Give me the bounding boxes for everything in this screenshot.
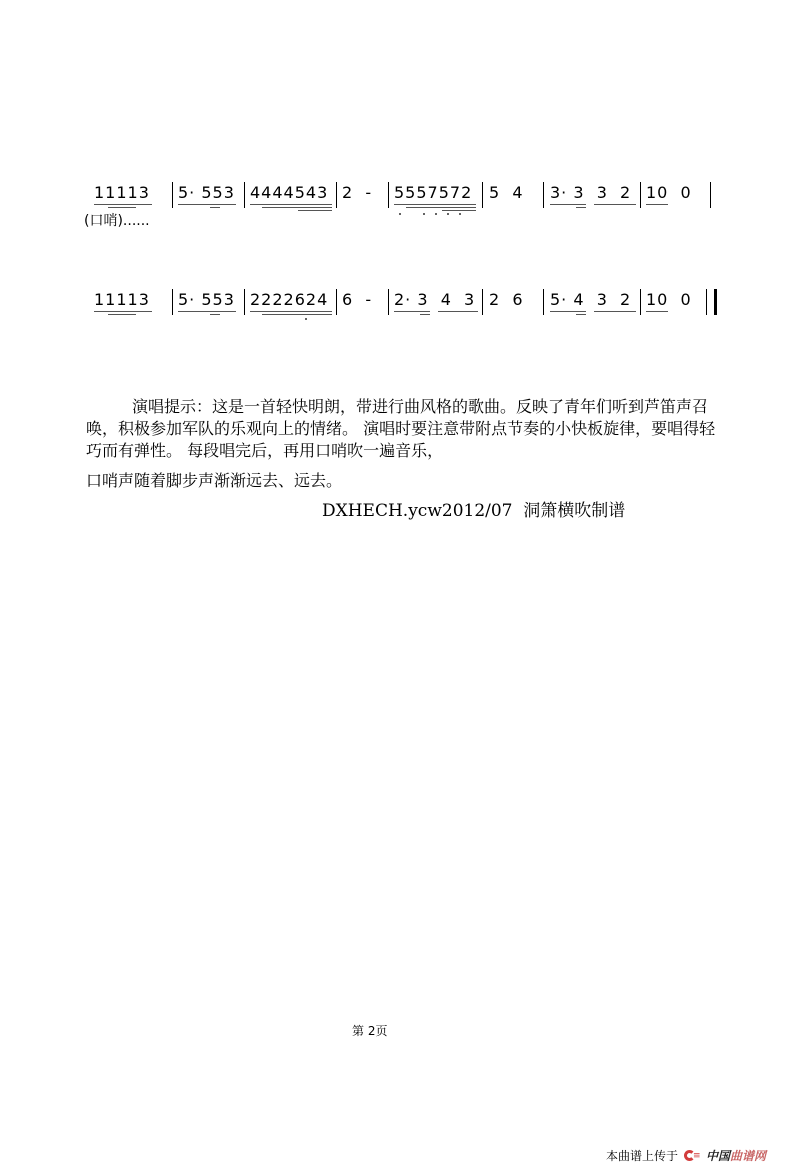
- score-credit: DXHECH.ycw2012/07 洞箫横吹制谱: [322, 496, 625, 521]
- tips-paragraph: 演唱提示：这是一首轻快明朗，带进行曲风格的歌曲。反映了青年们听到芦笛声召唤，积极…: [86, 396, 726, 462]
- measure-4: 6 -: [342, 291, 372, 309]
- whistle-annotation: (口哨)......: [84, 210, 150, 230]
- barline: [388, 182, 389, 208]
- barline: [172, 182, 173, 208]
- footer-watermark: 本曲谱上传于 ≡ 中国曲谱网: [606, 1147, 766, 1164]
- barline: [336, 289, 337, 315]
- measure-2: 5· 553: [178, 184, 235, 202]
- barline: [710, 182, 711, 208]
- measure-3: 2222624: [250, 291, 328, 309]
- measure-6: 5 4: [489, 184, 524, 202]
- barline: [482, 289, 483, 315]
- barline: [244, 182, 245, 208]
- barline: [482, 182, 483, 208]
- score-line-2: 11113 5· 553 2222624 6 - 2· 3 4 3 2 6 5·…: [86, 287, 726, 327]
- measure-3: 4444543: [250, 184, 328, 202]
- brand-name-part2: 曲谱网: [730, 1147, 766, 1164]
- measure-7: 3· 3 3 2: [550, 184, 631, 202]
- measure-2: 5· 553: [178, 291, 235, 309]
- measure-8: 10 0: [646, 291, 692, 309]
- barline: [336, 182, 337, 208]
- barline: [244, 289, 245, 315]
- barline: [543, 182, 544, 208]
- measure-4: 2 -: [342, 184, 372, 202]
- measure-6: 2 6: [489, 291, 524, 309]
- measure-1: 11113: [94, 184, 150, 202]
- measure-5: 2· 3 4 3: [394, 291, 475, 309]
- performance-tips: 演唱提示：这是一首轻快明朗，带进行曲风格的歌曲。反映了青年们听到芦笛声召唤，积极…: [86, 396, 726, 492]
- upload-text: 本曲谱上传于: [606, 1147, 678, 1164]
- barline: [640, 289, 641, 315]
- barline: [640, 182, 641, 208]
- barline: [706, 289, 707, 315]
- tips-last-line: 口哨声随着脚步声渐渐远去、远去。: [86, 470, 726, 492]
- brand-name-part1: 中国: [706, 1147, 730, 1164]
- site-logo-icon: ≡: [684, 1149, 700, 1163]
- score-line-1: 11113 5· 553 4444543 2 - 5557572 5 4 3· …: [86, 180, 726, 220]
- barline: [543, 289, 544, 315]
- measure-8: 10 0: [646, 184, 692, 202]
- measure-5: 5557572: [394, 184, 472, 202]
- measure-1: 11113: [94, 291, 150, 309]
- barline: [172, 289, 173, 315]
- page-number: 第 2页: [352, 1022, 387, 1039]
- final-barline: [714, 289, 717, 315]
- barline: [388, 289, 389, 315]
- measure-7: 5· 4 3 2: [550, 291, 631, 309]
